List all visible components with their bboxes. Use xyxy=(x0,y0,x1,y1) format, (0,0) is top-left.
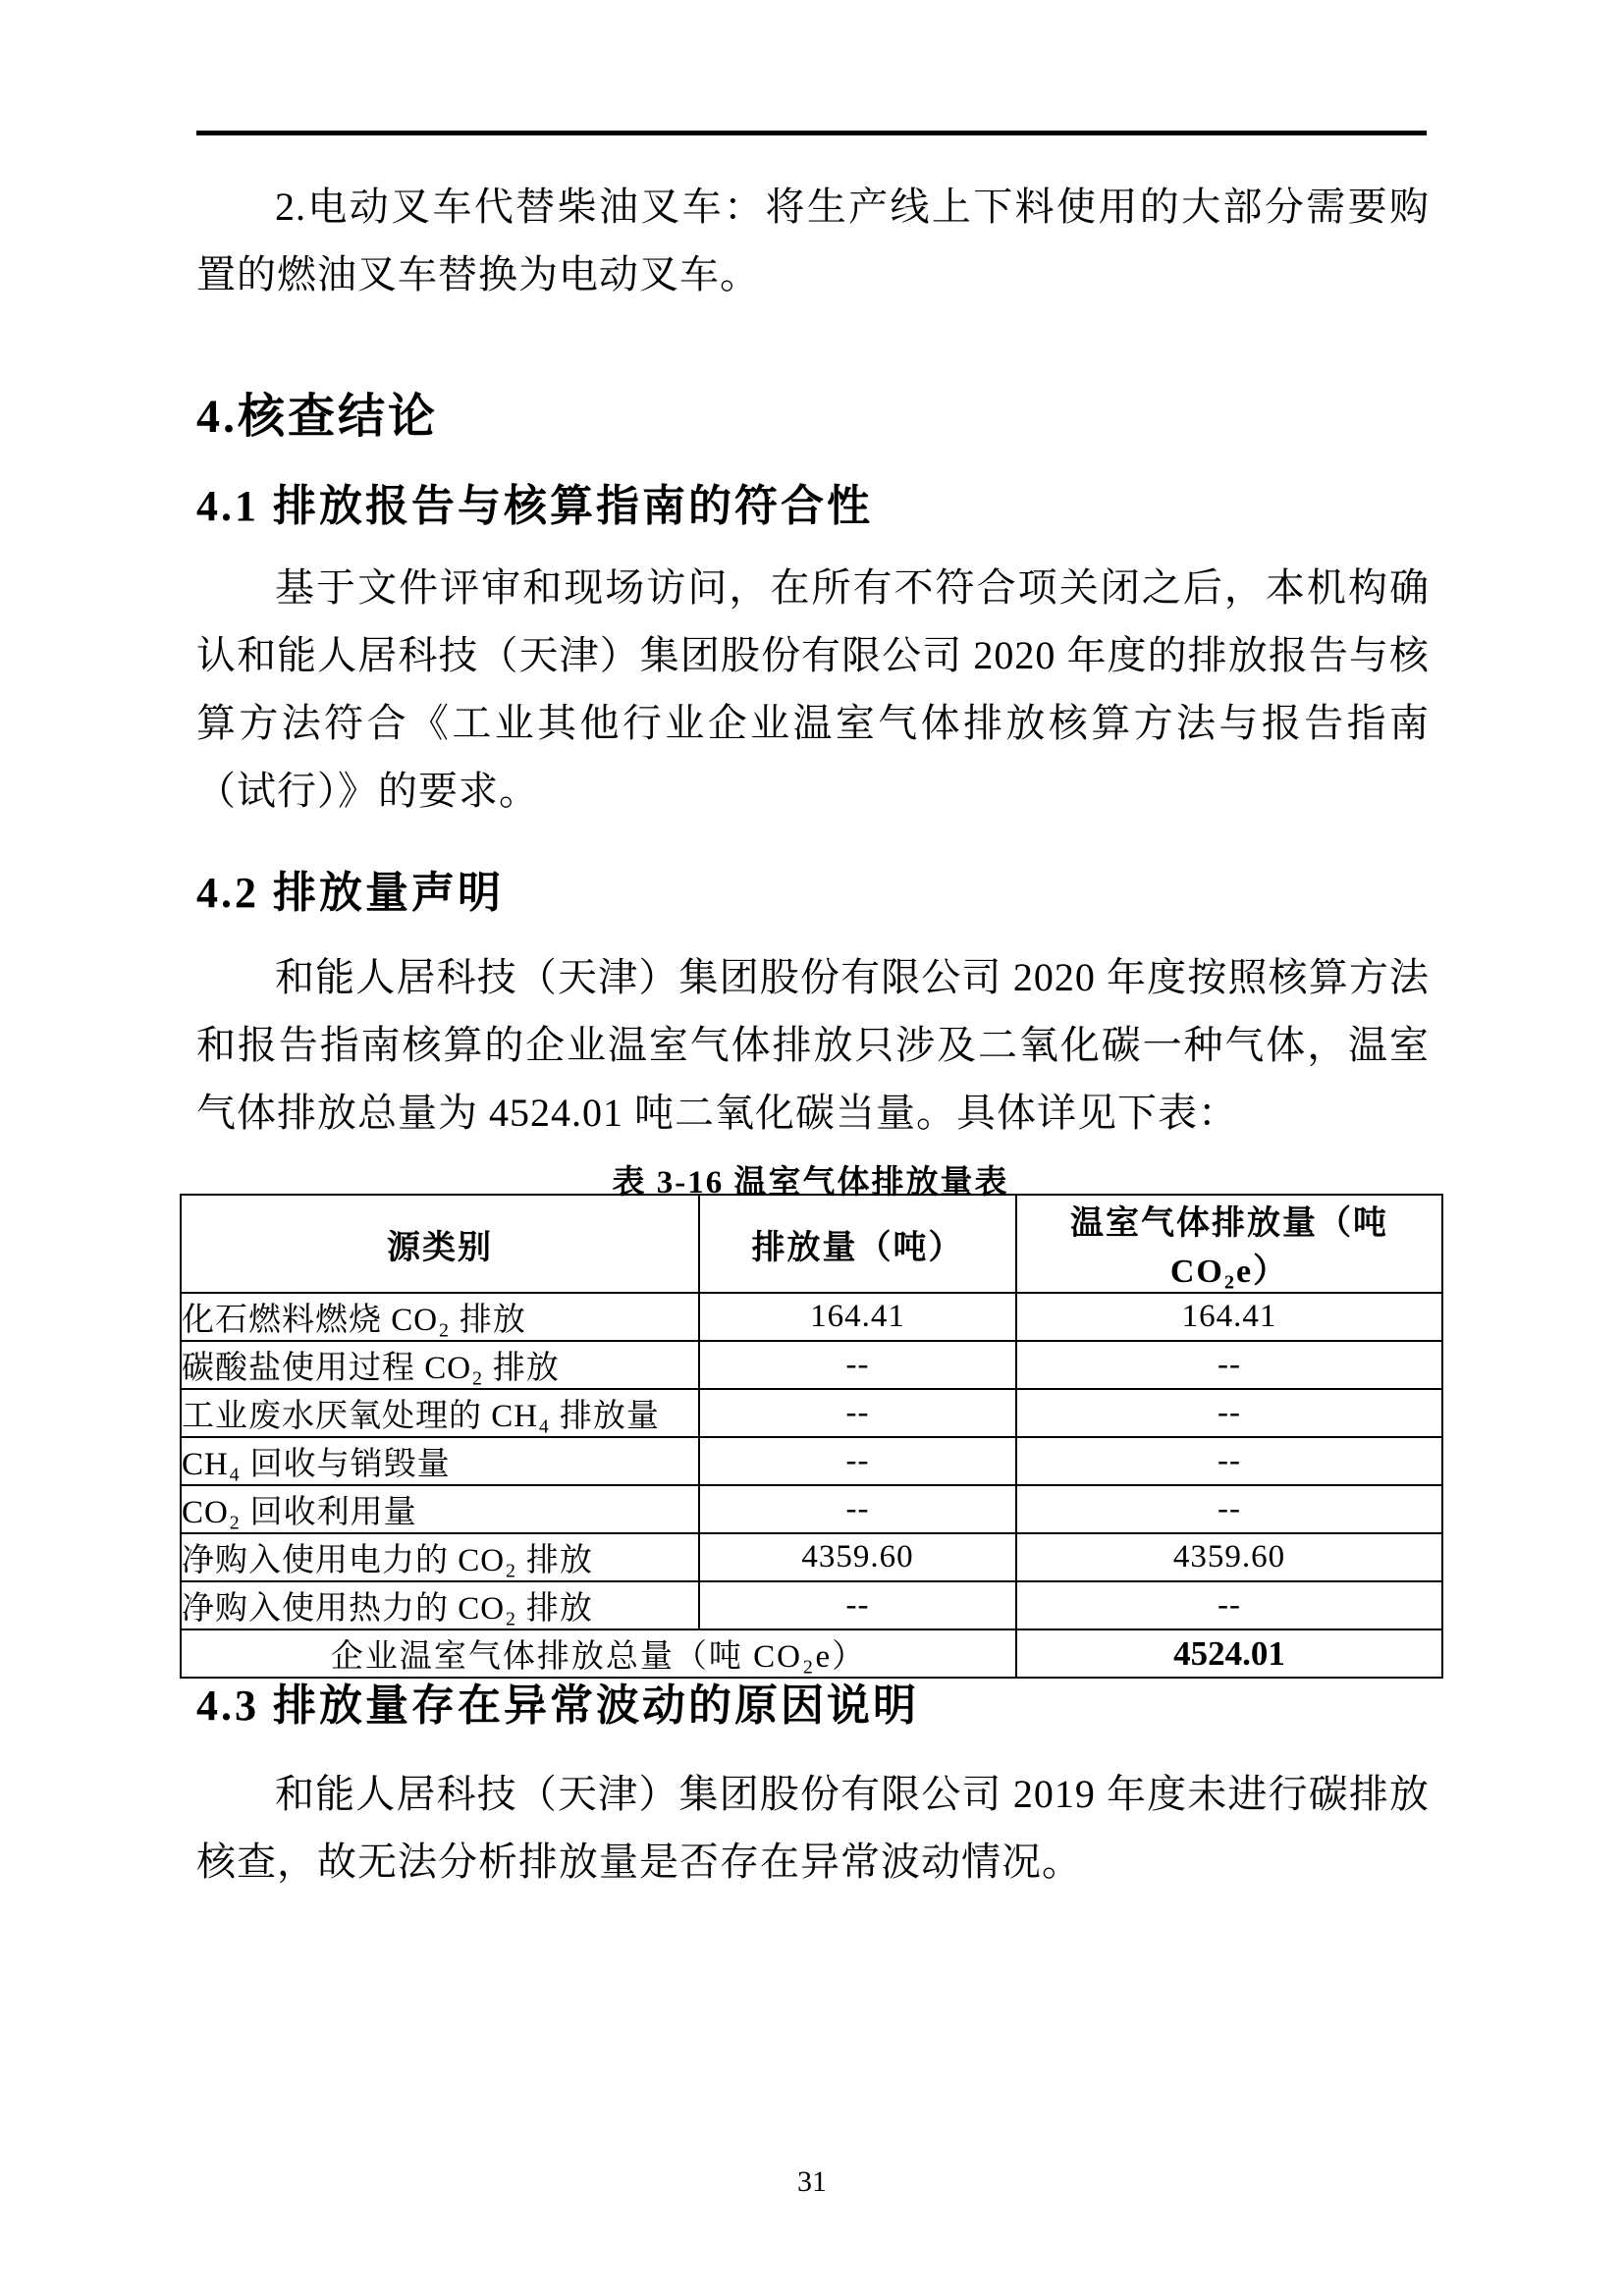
section-4-heading: 4.核查结论 xyxy=(196,389,438,446)
ghg-cell: -- xyxy=(1016,1581,1442,1629)
source-cell: CH₄ 回收与销毁量 xyxy=(181,1437,699,1485)
emission-cell: -- xyxy=(699,1485,1016,1533)
section-4-2-paragraph: 和能人居科技（天津）集团股份有限公司 2020 年度按照核算方法和报告指南核算的… xyxy=(196,943,1430,1147)
table-row: 净购入使用热力的 CO₂ 排放 -- -- xyxy=(181,1581,1442,1629)
total-value-cell: 4524.01 xyxy=(1016,1629,1442,1678)
table-row: 碳酸盐使用过程 CO₂ 排放 -- -- xyxy=(181,1341,1442,1389)
header-rule xyxy=(196,131,1427,135)
emission-cell: -- xyxy=(699,1389,1016,1437)
total-label-cell: 企业温室气体排放总量（吨 CO₂e） xyxy=(181,1629,1016,1678)
table-row: CH₄ 回收与销毁量 -- -- xyxy=(181,1437,1442,1485)
document-page: 2.电动叉车代替柴油叉车：将生产线上下料使用的大部分需要购置的燃油叉车替换为电动… xyxy=(0,0,1624,2296)
table-total-row: 企业温室气体排放总量（吨 CO₂e） 4524.01 xyxy=(181,1629,1442,1678)
emission-cell: 164.41 xyxy=(699,1293,1016,1341)
section-4-2-heading: 4.2 排放量声明 xyxy=(196,868,504,920)
ghg-cell: -- xyxy=(1016,1341,1442,1389)
table-row: 工业废水厌氧处理的 CH₄ 排放量 -- -- xyxy=(181,1389,1442,1437)
source-cell: 净购入使用热力的 CO₂ 排放 xyxy=(181,1581,699,1629)
section-4-1-paragraph: 基于文件评审和现场访问，在所有不符合项关闭之后，本机构确认和能人居科技（天津）集… xyxy=(196,554,1430,825)
section-4-1-heading: 4.1 排放报告与核算指南的符合性 xyxy=(196,481,873,533)
source-cell: 净购入使用电力的 CO₂ 排放 xyxy=(181,1533,699,1581)
emission-cell: -- xyxy=(699,1341,1016,1389)
table-row: 化石燃料燃烧 CO₂ 排放 164.41 164.41 xyxy=(181,1293,1442,1341)
ghg-cell: -- xyxy=(1016,1485,1442,1533)
ghg-cell: 164.41 xyxy=(1016,1293,1442,1341)
table-header-row: 源类别 排放量（吨） 温室气体排放量（吨 CO₂e） xyxy=(181,1195,1442,1293)
emission-cell: -- xyxy=(699,1581,1016,1629)
ghg-cell: -- xyxy=(1016,1437,1442,1485)
emissions-table: 源类别 排放量（吨） 温室气体排放量（吨 CO₂e） 化石燃料燃烧 CO₂ 排放… xyxy=(180,1194,1443,1679)
page-number: 31 xyxy=(0,2165,1624,2199)
col-header-emission: 排放量（吨） xyxy=(699,1195,1016,1293)
source-cell: 工业废水厌氧处理的 CH₄ 排放量 xyxy=(181,1389,699,1437)
ghg-cell: 4359.60 xyxy=(1016,1533,1442,1581)
ghg-cell: -- xyxy=(1016,1389,1442,1437)
emission-cell: -- xyxy=(699,1437,1016,1485)
col-header-ghg: 温室气体排放量（吨 CO₂e） xyxy=(1016,1195,1442,1293)
table-row: CO₂ 回收利用量 -- -- xyxy=(181,1485,1442,1533)
col-header-source: 源类别 xyxy=(181,1195,699,1293)
table-row: 净购入使用电力的 CO₂ 排放 4359.60 4359.60 xyxy=(181,1533,1442,1581)
section-4-3-paragraph: 和能人居科技（天津）集团股份有限公司 2019 年度未进行碳排放核查，故无法分析… xyxy=(196,1760,1430,1896)
section-4-3-heading: 4.3 排放量存在异常波动的原因说明 xyxy=(196,1681,919,1733)
emission-cell: 4359.60 xyxy=(699,1533,1016,1581)
intro-paragraph: 2.电动叉车代替柴油叉车：将生产线上下料使用的大部分需要购置的燃油叉车替换为电动… xyxy=(196,173,1430,308)
source-cell: 碳酸盐使用过程 CO₂ 排放 xyxy=(181,1341,699,1389)
source-cell: CO₂ 回收利用量 xyxy=(181,1485,699,1533)
source-cell: 化石燃料燃烧 CO₂ 排放 xyxy=(181,1293,699,1341)
